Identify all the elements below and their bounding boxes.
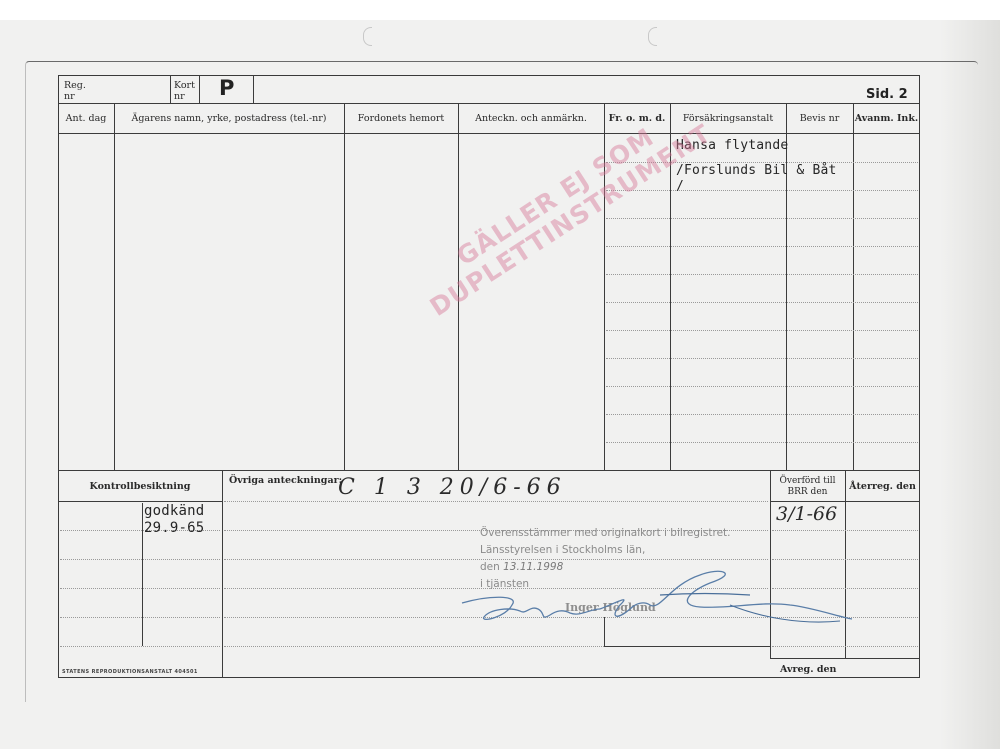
kort-end-divider (253, 75, 254, 103)
ovriga-handwritten-note: C 1 3 20/6-66 (338, 475, 567, 500)
ovriga-anteckningar-label: Övriga anteckningar: (229, 475, 342, 486)
col-header-hemort: Fordonets hemort (344, 113, 458, 124)
col-header-ant-dag: Ant. dag (58, 113, 114, 124)
cert-line-1: Överensstämmer med originalkort i bilreg… (480, 525, 731, 542)
kontrollbesiktning-label: Kontrollbesiktning (58, 481, 222, 492)
punch-hole-left (363, 27, 372, 46)
signature-box-bottom (604, 646, 770, 647)
kontroll-status: godkänd (144, 503, 204, 520)
col-header-avanm: Avanm. Ink. (853, 113, 920, 124)
overford-label: Överförd tillBRR den (770, 476, 845, 498)
printer-imprint: STATENS REPRODUKTIONSANSTALT 404501 (62, 669, 198, 675)
punch-hole-right (648, 27, 657, 46)
kontroll-right-border (222, 470, 223, 678)
col-header-bevis: Bevis nr (786, 113, 853, 124)
column-header-divider (58, 133, 920, 134)
kort-nr-value: P (219, 76, 234, 100)
page-number: Sid. 2 (866, 87, 908, 102)
reg-nr-label: Reg.nr (64, 80, 86, 102)
kontroll-date: 29.9-65 (144, 520, 204, 537)
overford-header-divider (770, 501, 920, 502)
cert-line-2: Länsstyrelsen i Stockholms län, (480, 542, 731, 559)
reg-kort-divider (170, 75, 171, 103)
avreg-label: Avreg. den (780, 664, 836, 675)
lower-section-divider (58, 470, 920, 471)
col-header-anteckn: Anteckn. och anmärkn. (458, 113, 604, 124)
signature-scribble (460, 565, 860, 645)
col-header-agare: Ägarens namn, yrke, postadress (tel.-nr) (114, 113, 344, 124)
kort-value-divider (199, 75, 200, 103)
header-divider (58, 103, 920, 104)
insurance-entry-3: / (676, 177, 684, 197)
kort-nr-label: Kortnr (174, 80, 195, 102)
col-divider-2 (344, 103, 345, 470)
avreg-top-border (770, 658, 920, 659)
kontroll-header-divider (58, 501, 222, 502)
overford-date-handwritten: 3/1-66 (776, 503, 837, 525)
kontroll-inner-divider (142, 503, 143, 646)
aterreg-label: Återreg. den (845, 481, 920, 492)
insurance-entry-2: /Forslunds Bil & Båt (676, 161, 837, 181)
col-divider-1 (114, 103, 115, 470)
